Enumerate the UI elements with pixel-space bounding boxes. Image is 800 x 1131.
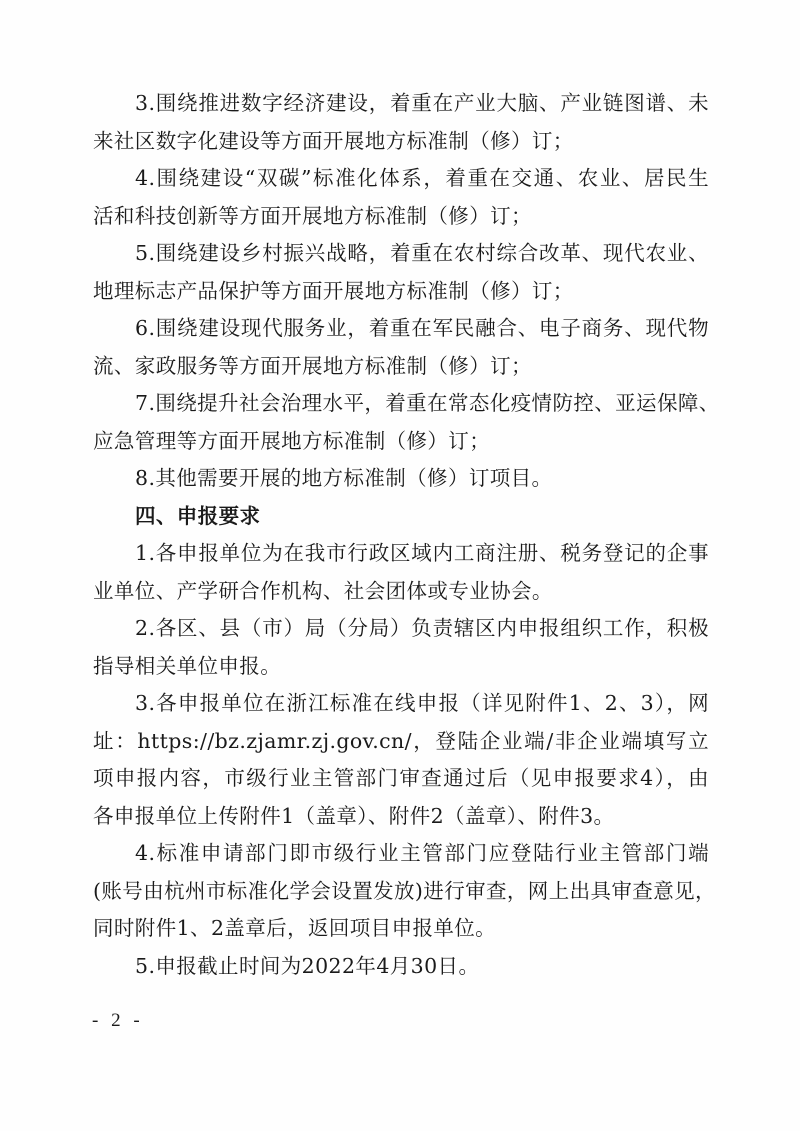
paragraph-5-line-1: 5.围绕建设乡村振兴战略，着重在农村综合改革、现代农业、 <box>135 235 709 271</box>
requirement-4-line-1: 4.标准申请部门即市级行业主管部门应登陆行业主管部门端 <box>135 835 709 871</box>
requirement-3-line-4: 各申报单位上传附件1（盖章）、附件2（盖章）、附件3。 <box>93 798 709 834</box>
document-page: 3.围绕推进数字经济建设，着重在产业大脑、产业链图谱、未 来社区数字化建设等方面… <box>0 0 800 1131</box>
paragraph-4-line-1: 4.围绕建设“双碳”标准化体系，着重在交通、农业、居民生 <box>135 160 709 196</box>
requirement-3-line-3: 项申报内容，市级行业主管部门审查通过后（见申报要求4），由 <box>93 760 709 796</box>
paragraph-8: 8.其他需要开展的地方标准制（修）订项目。 <box>135 460 709 496</box>
requirement-4-line-3: 同时附件1、2盖章后，返回项目申报单位。 <box>93 910 709 946</box>
requirement-4-line-2: (账号由杭州市标准化学会设置发放)进行审查，网上出具审查意见， <box>93 873 709 909</box>
requirement-3-line-2-url: 址：https://bz.zjamr.zj.gov.cn/，登陆企业端/非企业端… <box>93 723 709 759</box>
paragraph-3-line-1: 3.围绕推进数字经济建设，着重在产业大脑、产业链图谱、未 <box>135 85 709 121</box>
requirement-1-line-2: 业单位、产学研合作机构、社会团体或专业协会。 <box>93 573 709 609</box>
requirement-3-line-1: 3.各申报单位在浙江标准在线申报（详见附件1、2、3），网 <box>135 685 709 721</box>
page-number: - 2 - <box>92 1008 144 1034</box>
paragraph-5-line-2: 地理标志产品保护等方面开展地方标准制（修）订； <box>93 273 709 309</box>
requirement-2-line-1: 2.各区、县（市）局（分局）负责辖区内申报组织工作，积极 <box>135 610 709 646</box>
section-heading-application-requirements: 四、申报要求 <box>135 498 709 534</box>
paragraph-7-line-2: 应急管理等方面开展地方标准制（修）订； <box>93 423 709 459</box>
paragraph-6-line-1: 6.围绕建设现代服务业，着重在军民融合、电子商务、现代物 <box>135 310 709 346</box>
requirement-2-line-2: 指导相关单位申报。 <box>93 648 709 684</box>
paragraph-4-line-2: 活和科技创新等方面开展地方标准制（修）订； <box>93 198 709 234</box>
paragraph-6-line-2: 流、家政服务等方面开展地方标准制（修）订； <box>93 348 709 384</box>
requirement-1-line-1: 1.各申报单位为在我市行政区域内工商注册、税务登记的企事 <box>135 535 709 571</box>
paragraph-7-line-1: 7.围绕提升社会治理水平，着重在常态化疫情防控、亚运保障、 <box>135 385 709 421</box>
paragraph-3-line-2: 来社区数字化建设等方面开展地方标准制（修）订； <box>93 123 709 159</box>
requirement-5-deadline: 5.申报截止时间为2022年4月30日。 <box>135 948 709 984</box>
